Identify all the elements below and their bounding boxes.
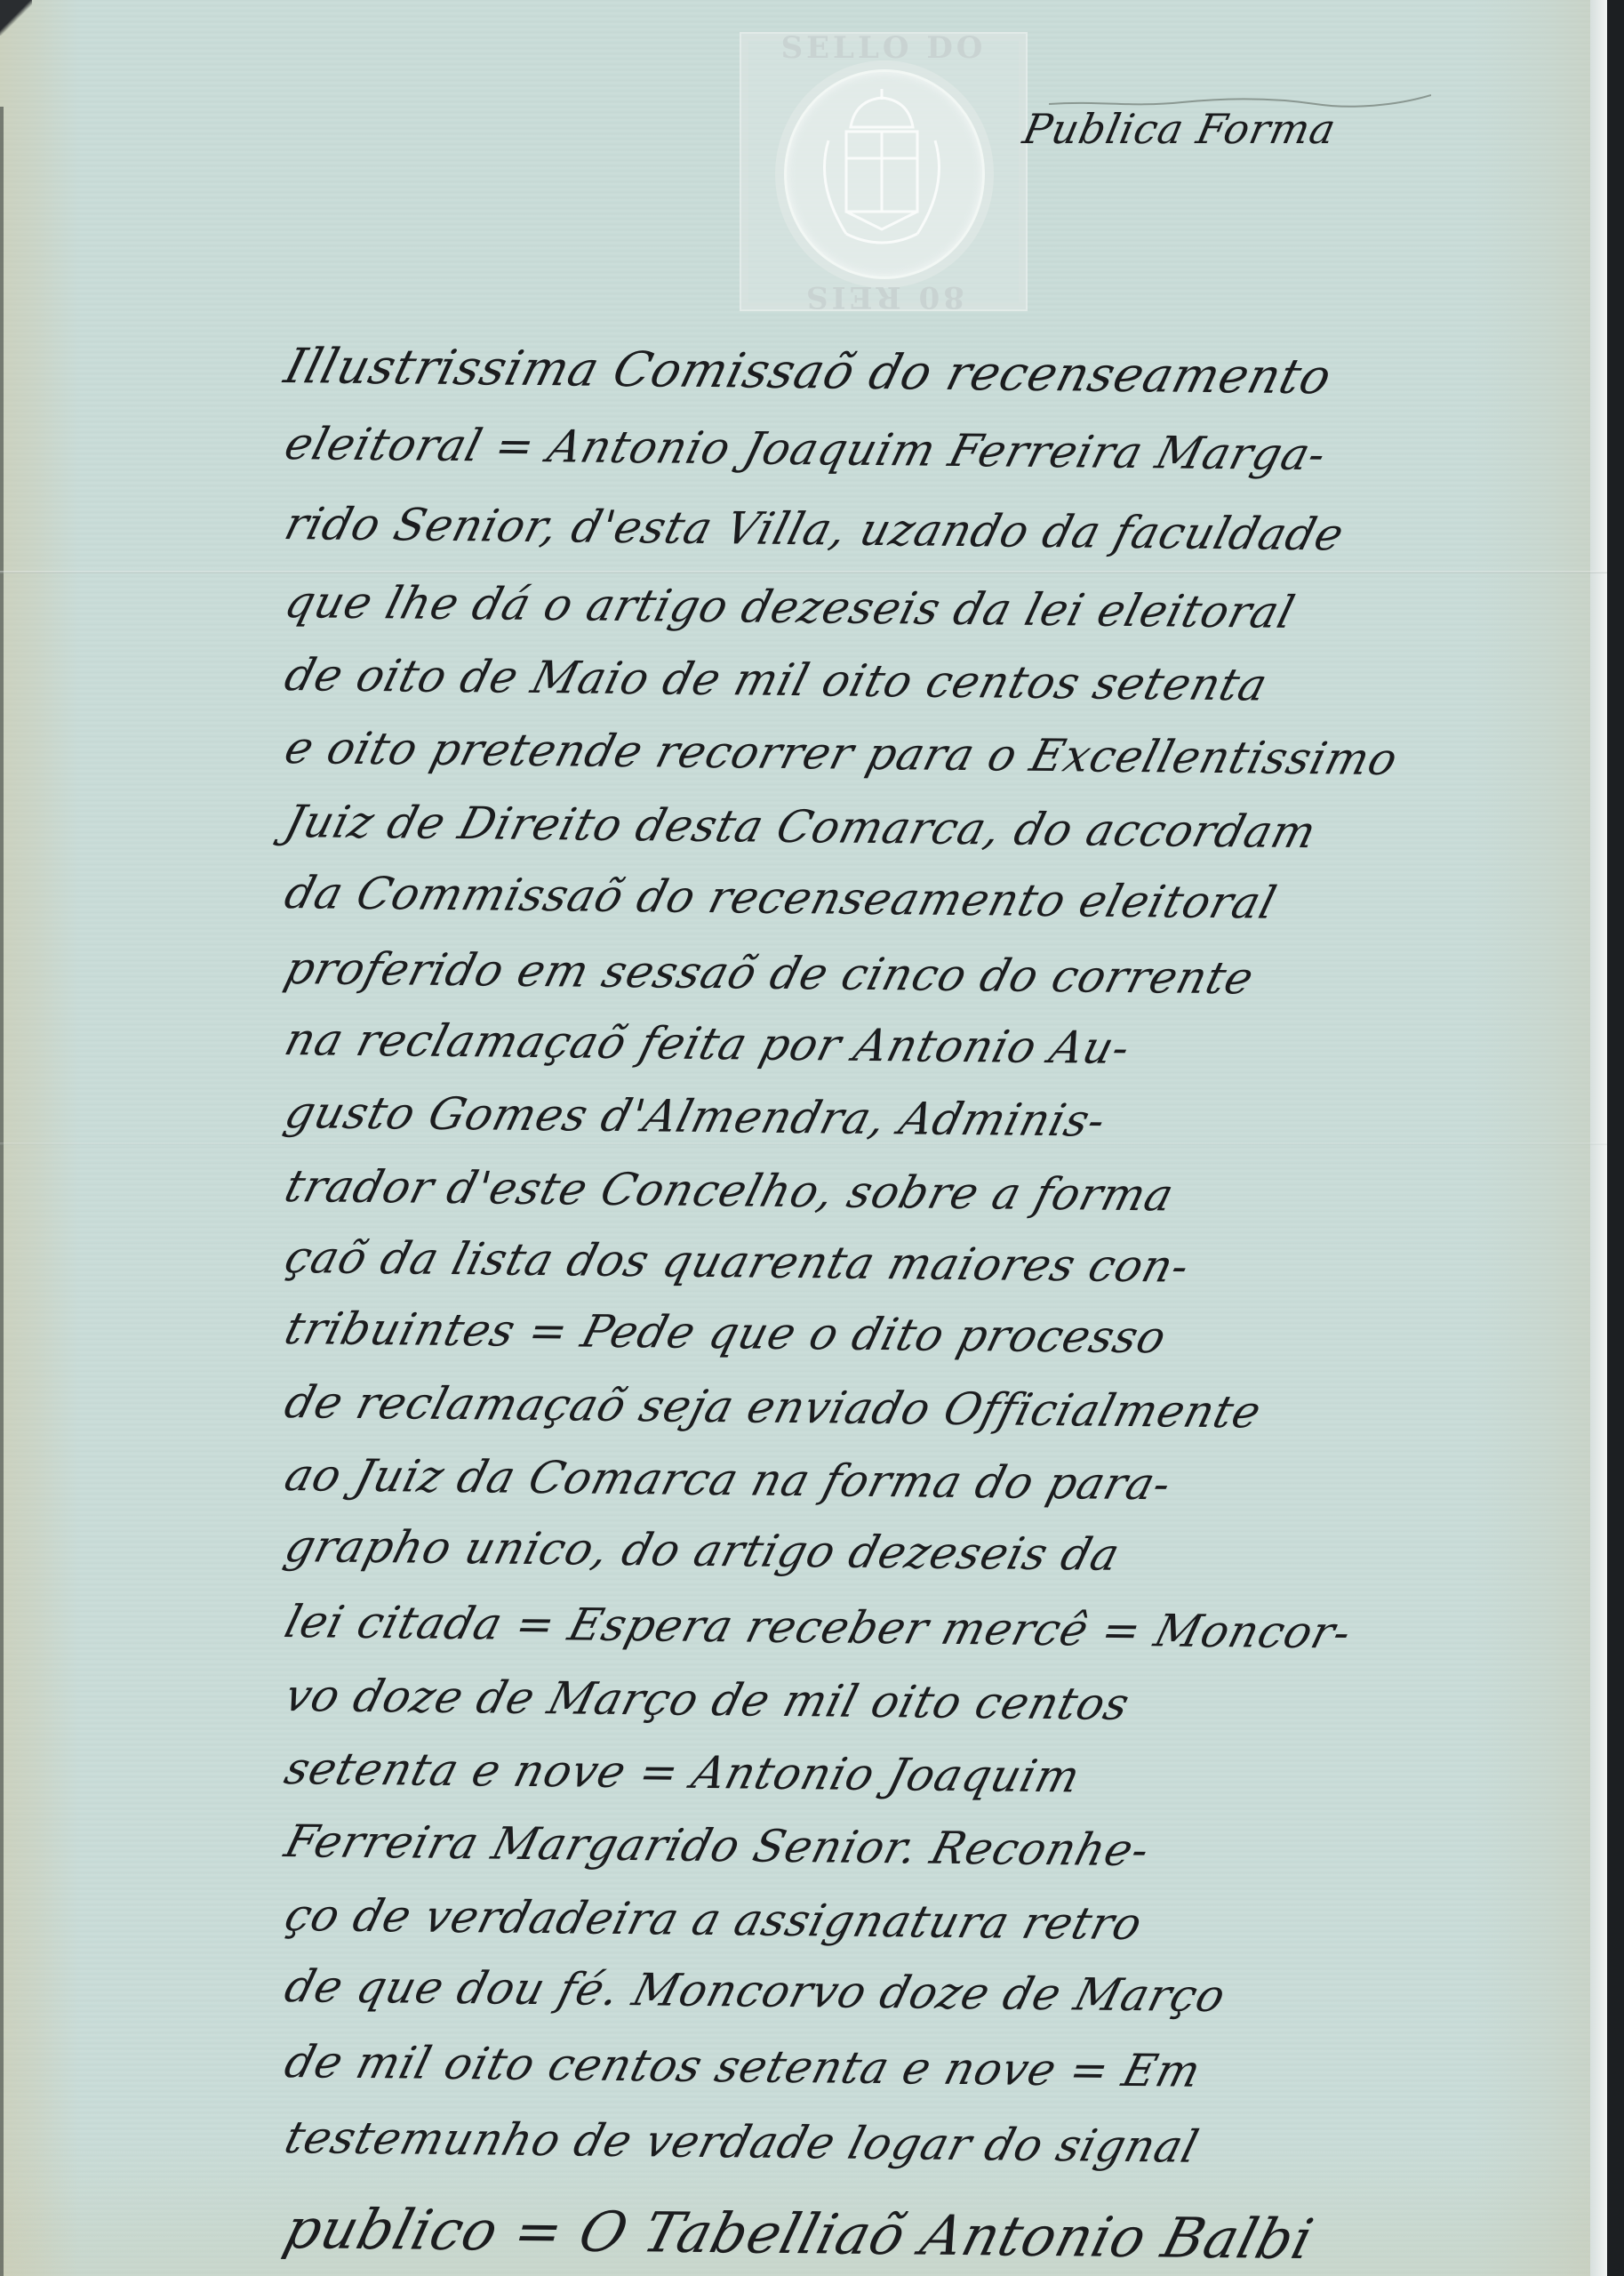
text-line: setenta e nove = Antonio Joaquim bbox=[279, 1743, 1085, 1802]
text-line: da Commissaõ do recenseamento eleitoral bbox=[279, 867, 1282, 929]
notary-signature-line: publico = O Tabelliaõ Antonio Balbi bbox=[278, 2196, 1321, 2272]
stamp-top-text: SELLO DO bbox=[741, 30, 1026, 66]
text-line: Juiz de Direito desta Comarca, do accord… bbox=[279, 796, 1322, 858]
text-line: ço de verdadeira a assignatura retro bbox=[279, 1889, 1148, 1950]
text-line: çaõ da lista dos quarenta maiores con- bbox=[279, 1231, 1195, 1293]
text-line: de reclamaçaõ seja enviado Officialmente bbox=[279, 1376, 1267, 1439]
text-line: proferido em sessaõ de cinco do corrente bbox=[279, 942, 1260, 1004]
embossed-tax-stamp: SELLO DO 80 REIS bbox=[740, 32, 1028, 311]
coat-of-arms-icon bbox=[811, 87, 953, 256]
text-line: testemunho de verdade logar do signal bbox=[279, 2112, 1204, 2173]
text-line: de mil oito centos setenta e nove = Em bbox=[279, 2036, 1206, 2097]
text-line: de oito de Maio de mil oito centos seten… bbox=[279, 649, 1273, 711]
text-line: ao Juiz da Comarca na forma do para- bbox=[279, 1449, 1177, 1510]
text-line: vo doze de Março de mil oito centos bbox=[279, 1670, 1135, 1730]
document-heading: Publica Forma bbox=[1019, 105, 1340, 153]
text-line: que lhe dá o artigo dezeseis da lei elei… bbox=[279, 576, 1300, 638]
text-line: grapho unico, do artigo dezeseis da bbox=[279, 1520, 1125, 1581]
text-line: tribuintes = Pede que o dito processo bbox=[279, 1302, 1172, 1363]
text-line: rido Senior, d'esta Villa, uzando da fac… bbox=[279, 498, 1349, 560]
horizontal-fold-line bbox=[0, 571, 1607, 573]
text-line: eleitoral = Antonio Joaquim Ferreira Mar… bbox=[279, 418, 1332, 480]
text-line: lei citada = Espera receber mercê = Monc… bbox=[279, 1596, 1356, 1659]
text-line: e oito pretende recorrer para o Excellen… bbox=[279, 722, 1403, 785]
text-line: na reclamaçaõ feita por Antonio Au- bbox=[279, 1014, 1135, 1074]
text-line: Illustrissima Comissaõ do recenseamento bbox=[279, 338, 1338, 405]
text-line: trador d'este Concelho, sobre a forma bbox=[279, 1160, 1180, 1221]
document-page: SELLO DO 80 REIS Publica Forma Illustris… bbox=[0, 0, 1607, 2276]
page-left-edge bbox=[0, 107, 4, 2276]
text-line: de que dou fé. Moncorvo doze de Março bbox=[279, 1960, 1231, 2022]
text-line: gusto Gomes d'Almendra, Adminis- bbox=[279, 1086, 1111, 1147]
page-right-margin bbox=[1590, 0, 1607, 2276]
text-line: Ferreira Margarido Senior. Reconhe- bbox=[279, 1815, 1155, 1876]
page-corner-shadow bbox=[0, 0, 32, 36]
stamp-bottom-text: 80 REIS bbox=[741, 279, 1026, 315]
